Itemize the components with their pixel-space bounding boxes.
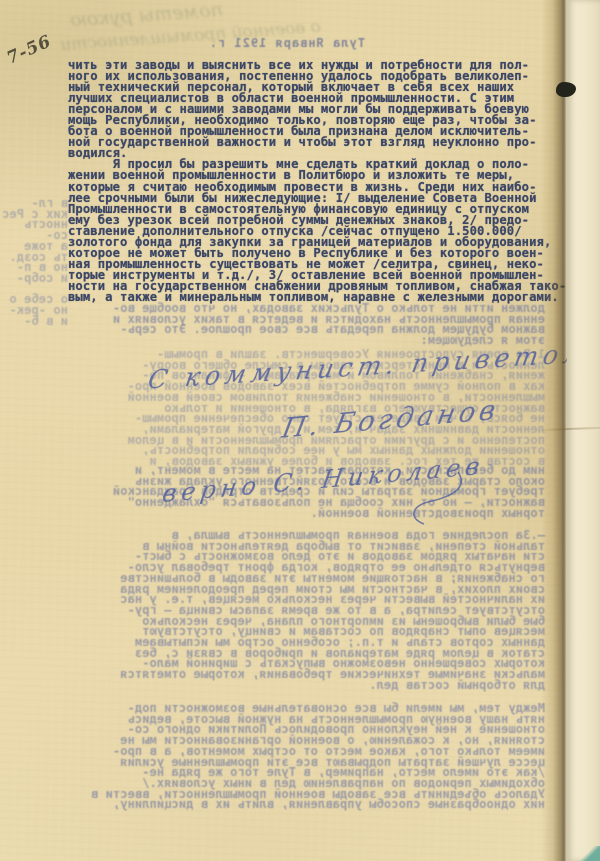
bleedthrough-date-line: Тула Января 1921 г.	[115, 36, 365, 50]
bleedthrough-block: —.За последние года военная промышленнос…	[36, 530, 545, 691]
typed-paragraph-2: Я просил бы разрешить мне сделать кратки…	[68, 159, 568, 303]
signature-flourish	[398, 468, 468, 528]
bleedthrough-block: должен итти не только о Тульских заводах…	[58, 303, 545, 346]
typed-text-block: чить эти заводы и выяснить все их нужды …	[68, 60, 568, 303]
typed-paragraph-1: чить эти заводы и выяснить все их нужды …	[68, 60, 568, 159]
underlying-page-edge	[567, 0, 600, 861]
scanned-document: пометы рукою о военной промышленности 7-…	[0, 0, 600, 861]
bleedthrough-block: Между тем, мы имели бы все основательные…	[36, 703, 545, 810]
scan-background-corner	[580, 846, 600, 861]
